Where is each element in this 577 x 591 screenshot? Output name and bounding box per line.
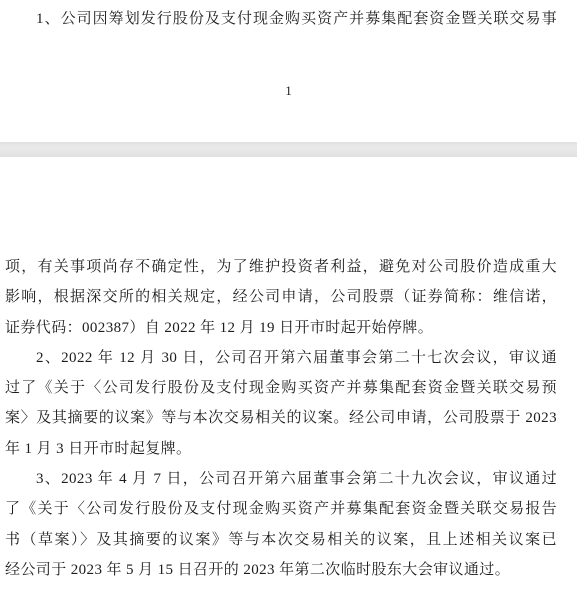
text-line: 经公司于 2023 年 5 月 15 日召开的 2023 年第二次临时股东大会审… [5, 555, 557, 585]
heading-line: 1、公司因筹划发行股份及支付现金购买资产并募集配套资金暨关联交易事 [5, 4, 557, 34]
text-line: 3、2023 年 4 月 7 日，公司召开第六届董事会第二十九次会议，审议通过 [5, 464, 557, 494]
text-line: 了《关于〈公司发行股份及支付现金购买资产并募集配套资金暨关联交易报告 [5, 494, 557, 524]
text-line: 书（草案）〉及其摘要的议案》等与本次交易相关的议案，且上述相关议案已 [5, 525, 557, 555]
text-line: 过了《关于〈公司发行股份及支付现金购买资产并募集配套资金暨关联交易预 [5, 373, 557, 403]
document-page-2-top: 项，有关事项尚存不确定性，为了维护投资者利益，避免对公司股价造成重大 影响，根据… [5, 252, 557, 585]
page-number: 1 [0, 82, 577, 100]
text-line: 项，有关事项尚存不确定性，为了维护投资者利益，避免对公司股价造成重大 [5, 252, 557, 282]
text-line: 证券代码：002387）自 2022 年 12 月 19 日开市时起开始停牌。 [5, 313, 557, 343]
document-page-1-bottom: 1、公司因筹划发行股份及支付现金购买资产并募集配套资金暨关联交易事 [5, 4, 557, 34]
text-line: 案〉及其摘要的议案》等与本次交易相关的议案。经公司申请，公司股票于 2023 [5, 403, 557, 433]
text-line: 影响，根据深交所的相关规定，经公司申请，公司股票（证券简称：维信诺， [5, 282, 557, 312]
text-line: 年 1 月 3 日开市时起复牌。 [5, 434, 557, 464]
text-line: 2、2022 年 12 月 30 日，公司召开第六届董事会第二十七次会议，审议通 [5, 343, 557, 373]
page-separator [0, 142, 577, 157]
